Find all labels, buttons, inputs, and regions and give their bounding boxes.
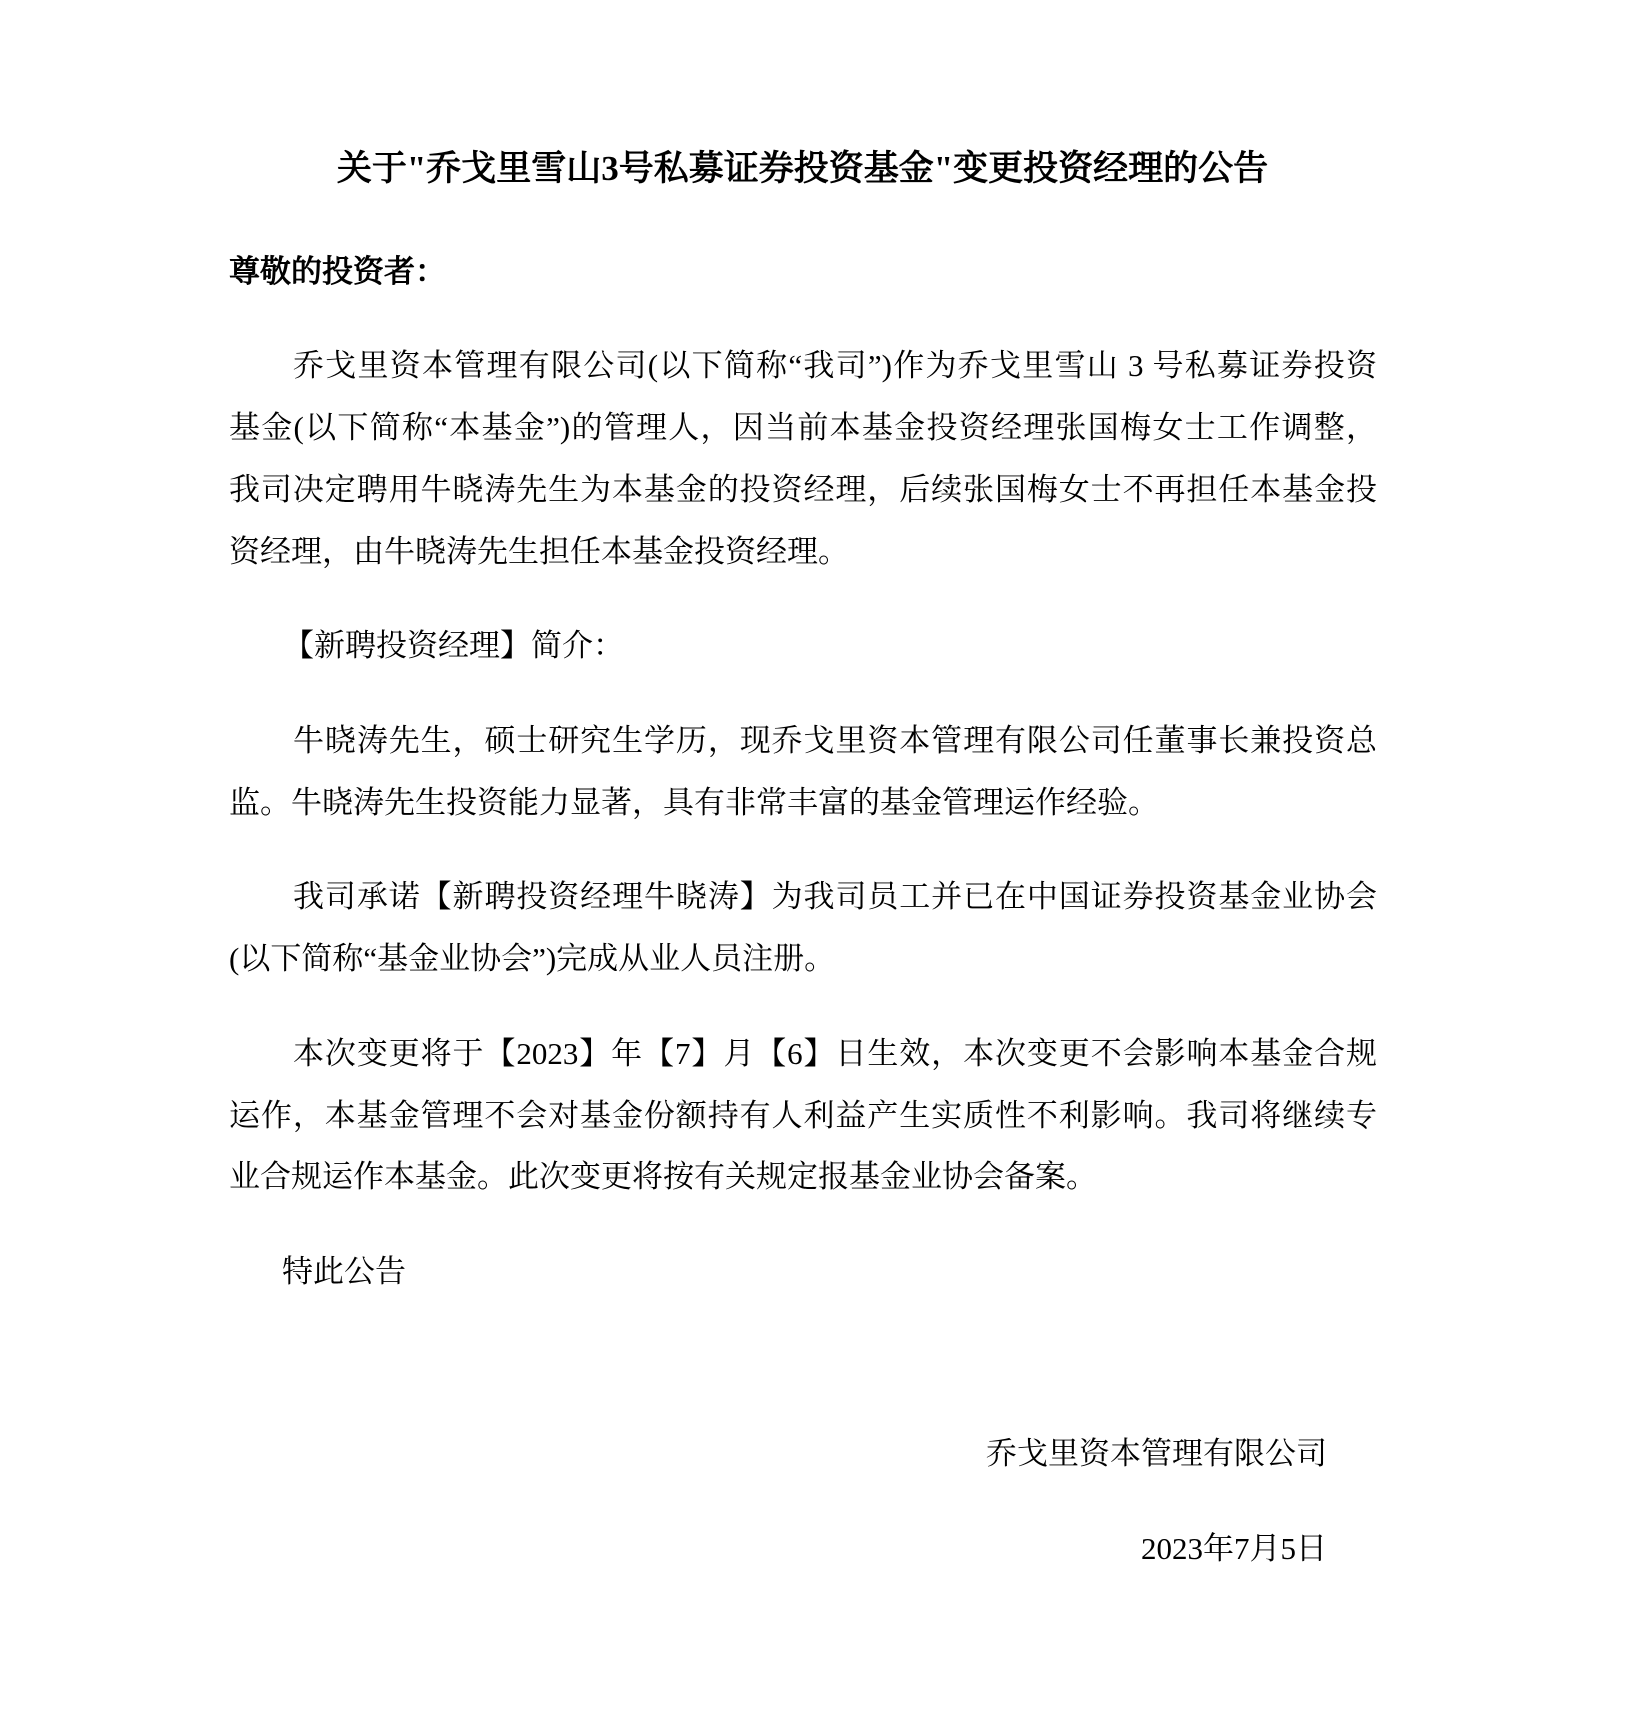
paragraph-line: 本次变更将于【2023】年【7】月【6】日生效，本次变更不会影响本基金合规 (293, 1034, 1377, 1074)
signature-date: 2023年7月5日 (1141, 1529, 1327, 1569)
paragraph-line: 我司决定聘用牛晓涛先生为本基金的投资经理，后续张国梅女士不再担任本基金投 (229, 470, 1377, 510)
closing-statement: 特此公告 (282, 1252, 406, 1292)
paragraph-line: 监。牛晓涛先生投资能力显著，具有非常丰富的基金管理运作经验。 (229, 783, 1159, 823)
paragraph-line: 我司承诺【新聘投资经理牛晓涛】为我司员工并已在中国证券投资基金业协会 (293, 877, 1377, 917)
document-title: 关于"乔戈里雪山3号私募证券投资基金"变更投资经理的公告 (0, 147, 1625, 191)
section-heading-new-manager: 【新聘投资经理】简介： (283, 626, 624, 666)
signature-company: 乔戈里资本管理有限公司 (986, 1434, 1327, 1474)
paragraph-line: 基金(以下简称“本基金”)的管理人，因当前本基金投资经理张国梅女士工作调整， (229, 408, 1377, 448)
document-page: 关于"乔戈里雪山3号私募证券投资基金"变更投资经理的公告 尊敬的投资者： 乔戈里… (0, 0, 1625, 1714)
paragraph-line: 业合规运作本基金。此次变更将按有关规定报基金业协会备案。 (229, 1157, 1097, 1197)
paragraph-line: 乔戈里资本管理有限公司(以下简称“我司”)作为乔戈里雪山 3 号私募证券投资 (293, 346, 1377, 386)
paragraph-line: 牛晓涛先生，硕士研究生学历，现乔戈里资本管理有限公司任董事长兼投资总 (293, 721, 1377, 761)
paragraph-line: 资经理，由牛晓涛先生担任本基金投资经理。 (229, 532, 849, 572)
paragraph-line: (以下简称“基金业协会”)完成从业人员注册。 (229, 939, 835, 979)
paragraph-line: 运作，本基金管理不会对基金份额持有人利益产生实质性不利影响。我司将继续专 (229, 1096, 1377, 1136)
greeting: 尊敬的投资者： (229, 252, 446, 292)
